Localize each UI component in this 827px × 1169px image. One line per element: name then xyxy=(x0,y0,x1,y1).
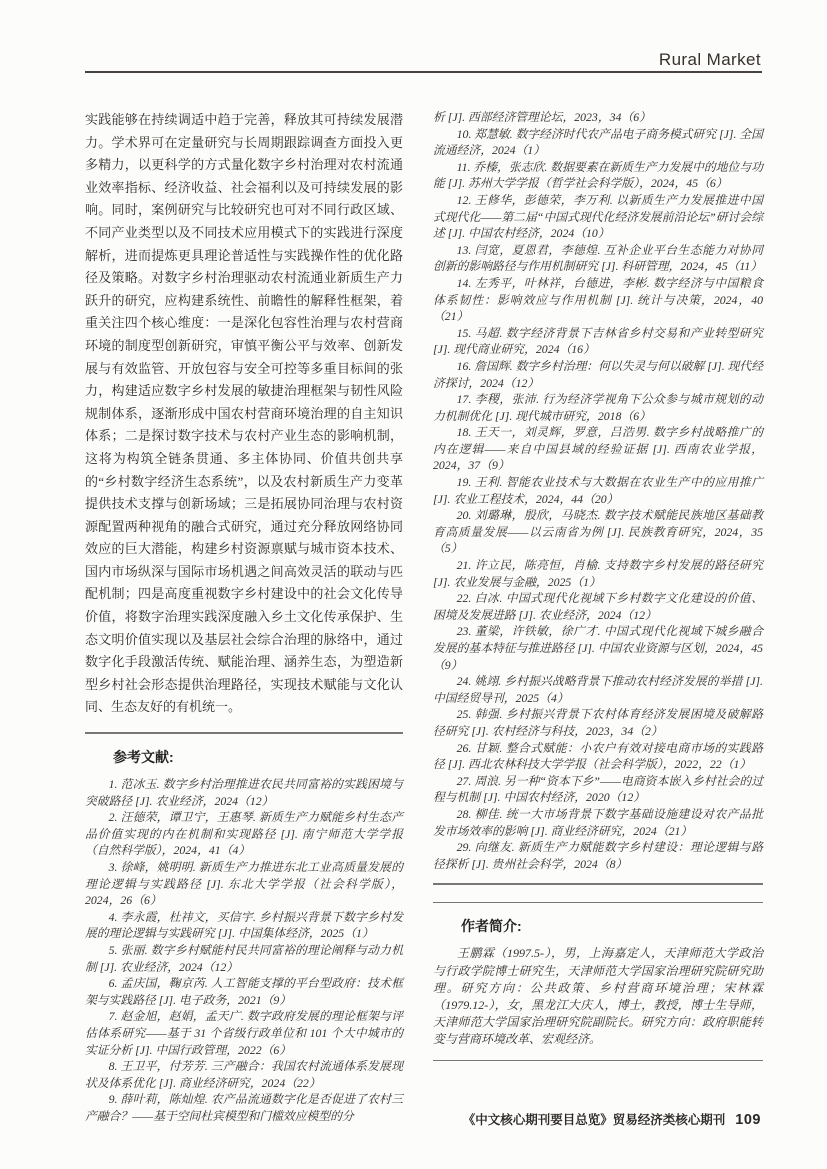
reference-item-2: 2. 汪德荣，谭卫宁，王惠琴. 新质生产力赋能乡村生态产品价值实现的内在机制和实… xyxy=(85,809,403,859)
reference-item-20: 20. 刘璐琳，殷欣，马晓杰. 数字技术赋能民族地区基础教育高质量发展——以云南… xyxy=(433,507,763,557)
reference-item-13: 13. 闫宽，夏恩君，李德煌. 互补企业平台生态能力对协同创新的影响路径与作用机… xyxy=(433,242,763,275)
reference-item-8: 8. 王卫平，付芳芳. 三产融合：我国农村流通体系发展现状及体系优化 [J]. … xyxy=(85,1058,403,1091)
reference-item-6: 6. 孟庆国，鞠京芮. 人工智能支撑的平台型政府：技术框架与实践路径 [J]. … xyxy=(85,975,403,1008)
author-section-bottom-divider xyxy=(433,1060,763,1062)
reference-item-27: 27. 周浪. 另一种“资本下乡”——电商资本嵌入乡村社会的过程与机制 [J].… xyxy=(433,773,763,806)
reference-item-23: 23. 董梁，许铁敏，徐广才. 中国式现代化视域下城乡融合发展的基本特征与推进路… xyxy=(433,623,763,673)
page-number: 109 xyxy=(735,1112,761,1128)
reference-item-24: 24. 姚翊. 乡村振兴战略背景下推动农村经济发展的举措 [J]. 中国经贸导刊… xyxy=(433,673,763,706)
reference-item-9: 9. 薛叶莉，陈灿煌. 农产品流通数字化是否促进了农村三产融合？——基于空间杜宾… xyxy=(85,1091,403,1124)
left-column: 实践能够在持续调适中趋于完善，释放其可持续发展潜力。学术界可在定量研究与长周期跟… xyxy=(85,109,403,1125)
divider-line xyxy=(433,902,763,904)
reference-item-1: 1. 范冰玉. 数字乡村治理推进农民共同富裕的实践困境与突破路径 [J]. 农业… xyxy=(85,776,403,809)
divider-line xyxy=(433,883,763,885)
reference-item-3: 3. 徐峰，姚明明. 新质生产力推进东北工业高质量发展的理论逻辑与实践路径 [J… xyxy=(85,859,403,909)
reference-item-22: 22. 白冰. 中国式现代化视域下乡村数字文化建设的价值、困境及发展进路 [J]… xyxy=(433,590,763,623)
author-section-top-divider xyxy=(433,883,763,903)
right-column: 析 [J]. 西部经济管理论坛，2023，34（6） 10. 郑慧敏. 数字经济… xyxy=(433,109,763,1061)
author-bio-heading: 作者简介: xyxy=(433,916,763,936)
reference-item-18: 18. 王天一，刘灵辉，罗意，吕浩男. 数字乡村战略推广的内在逻辑——来自中国县… xyxy=(433,424,763,474)
reference-item-7: 7. 赵金旭，赵娟，孟天广. 数字政府发展的理论框架与评估体系研究——基于 31… xyxy=(85,1008,403,1058)
reference-item-15: 15. 马超. 数字经济背景下吉林省乡村交易和产业转型研究 [J]. 现代商业研… xyxy=(433,325,763,358)
reference-item-29: 29. 向继友. 新质生产力赋能数字乡村建设：理论逻辑与路径探析 [J]. 贵州… xyxy=(433,839,763,872)
reference-item-21: 21. 许立民，陈亮恒，肖榆. 支持数字乡村发展的路径研究 [J]. 农业发展与… xyxy=(433,557,763,590)
running-title: Rural Market xyxy=(659,50,761,70)
header-divider xyxy=(85,71,762,73)
references-heading: 参考文献: xyxy=(85,747,403,767)
reference-item-19: 19. 王利. 智能农业技术与大数据在农业生产中的应用推广 [J]. 农业工程技… xyxy=(433,474,763,507)
reference-item-26: 26. 甘颖. 整合式赋能：小农户有效对接电商市场的实践路径 [J]. 西北农林… xyxy=(433,740,763,773)
body-paragraph: 实践能够在持续调适中趋于完善，释放其可持续发展潜力。学术界可在定量研究与长周期跟… xyxy=(85,109,403,719)
page-footer: 《中文核心期刊要目总览》贸易经济类核心期刊109 xyxy=(463,1110,761,1128)
reference-item-14: 14. 左秀平，叶林祥，台德进，李彬. 数字经济与中国粮食体系韧性：影响效应与作… xyxy=(433,275,763,325)
journal-page: Rural Market 实践能够在持续调适中趋于完善，释放其可持续发展潜力。学… xyxy=(0,0,827,1169)
references-divider xyxy=(85,732,403,734)
footer-journal-note: 《中文核心期刊要目总览》贸易经济类核心期刊 xyxy=(463,1113,726,1127)
reference-item-5: 5. 张丽. 数字乡村赋能村民共同富裕的理论阐释与动力机制 [J]. 农业经济，… xyxy=(85,942,403,975)
reference-item-4: 4. 李永霞，杜祎文，买信宇. 乡村振兴背景下数字乡村发展的理论逻辑与实践研究 … xyxy=(85,909,403,942)
reference-item-10: 10. 郑慧敏. 数字经济时代农产品电子商务模式研究 [J]. 全国流通经济，2… xyxy=(433,126,763,159)
reference-item-16: 16. 詹国辉. 数字乡村治理：何以失灵与何以破解 [J]. 现代经济探讨，20… xyxy=(433,358,763,391)
reference-item-12: 12. 王修华，彭德荣，李万利. 以新质生产力发展推进中国式现代化——第二届“中… xyxy=(433,192,763,242)
reference-item-28: 28. 柳佳. 统一大市场背景下数字基础设施建设对农产品批发市场效率的影响 [J… xyxy=(433,806,763,839)
reference-item-11: 11. 乔榛，张志欣. 数据要素在新质生产力发展中的地位与功能 [J]. 苏州大… xyxy=(433,159,763,192)
reference-item-17: 17. 李稷，张沛. 行为经济学视角下公众参与城市规划的动力机制优化 [J]. … xyxy=(433,391,763,424)
reference-item-9-continuation: 析 [J]. 西部经济管理论坛，2023，34（6） xyxy=(433,109,763,126)
reference-item-25: 25. 韩强. 乡村振兴背景下农村体育经济发展困境及破解路径研究 [J]. 农村… xyxy=(433,706,763,739)
author-bio: 王鹏霖（1997.5-），男，上海嘉定人，天津师范大学政治与行政学院博士研究生，… xyxy=(433,945,763,1048)
